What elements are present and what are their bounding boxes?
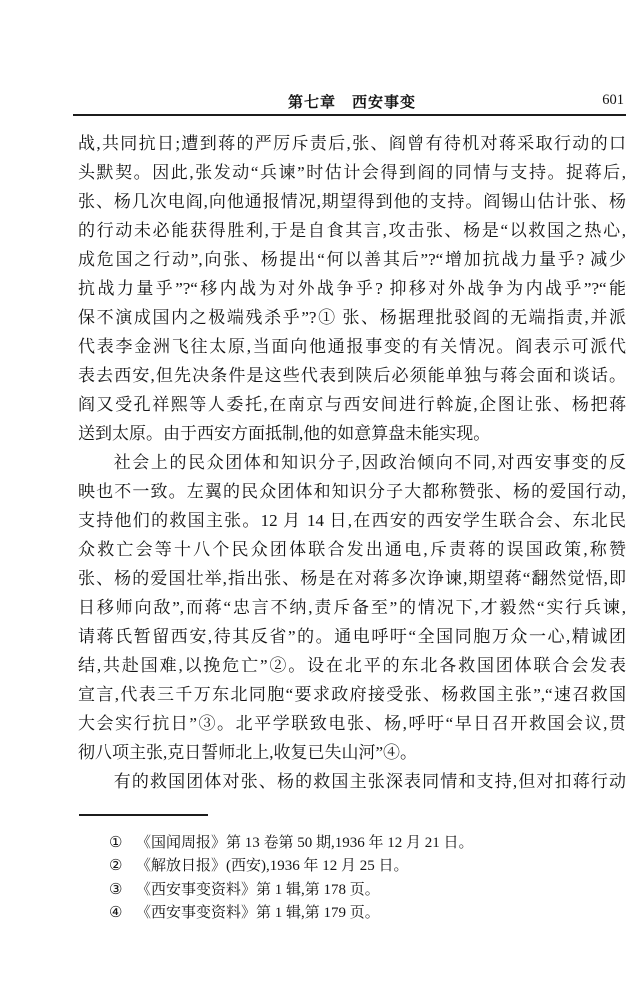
text-line: 宣言,代表三千万东北同胞“要求政府接受张、杨救国主张”,“速召救国 <box>78 680 626 709</box>
text-line: 日移师向敌”,而蒋“忠言不纳,责斥备至”的情况下,才毅然“实行兵谏, <box>78 593 626 622</box>
footnote-marker: ③ <box>109 879 136 902</box>
text-line-paragraph-end: 彻八项主张,克日誓师北上,收复已失山河”④。 <box>78 738 626 767</box>
header-rule <box>73 114 626 116</box>
page-number: 601 <box>602 92 624 109</box>
footnote-text: 《解放日报》(西安),1936 年 12 月 25 日。 <box>136 855 626 878</box>
text-line: 请蒋氏暂留西安,待其反省”的。通电呼吁“全国同胞万众一心,精诚团 <box>78 622 626 651</box>
footnote-marker: ② <box>109 855 136 878</box>
text-line: 映也不一致。左翼的民众团体和知识分子大都称赞张、杨的爱国行动, <box>78 477 626 506</box>
text-line-paragraph-start: 有的救国团体对张、杨的救国主张深表同情和支持,但对扣蒋行动 <box>78 767 626 796</box>
text-line: 张、杨几次电阎,向他通报情况,期望得到他的支持。阎锡山估计张、杨 <box>78 187 626 216</box>
text-line: 大会实行抗日”③。北平学联致电张、杨,呼吁“早日召开救国会议,贯 <box>78 709 626 738</box>
text-line: 战,共同抗日;遭到蒋的严厉斥责后,张、阎曾有待机对蒋采取行动的口 <box>78 129 626 158</box>
running-header: 第七章 西安事变 601 <box>78 91 626 113</box>
text-line: 保不演成国内之极端残杀乎”?① 张、杨据理批驳阎的无端指责,并派 <box>78 303 626 332</box>
text-line: 头默契。因此,张发动“兵谏”时估计会得到阎的同情与支持。捉蒋后, <box>78 158 626 187</box>
text-line: 阎又受孔祥熙等人委托,在南京与西安间进行斡旋,企图让张、杨把蒋 <box>78 390 626 419</box>
body-text: 战,共同抗日;遭到蒋的严厉斥责后,张、阎曾有待机对蒋采取行动的口 头默契。因此,… <box>78 129 626 796</box>
text-line: 众救亡会等十八个民众团体联合发出通电,斥责蒋的误国政策,称赞 <box>78 535 626 564</box>
text-line-paragraph-end: 送到太原。由于西安方面抵制,他的如意算盘未能实现。 <box>78 419 626 448</box>
text-line: 张、杨的爱国壮举,指出张、杨是在对蒋多次诤谏,期望蒋“翻然觉悟,即 <box>78 564 626 593</box>
book-page: 第七章 西安事变 601 战,共同抗日;遭到蒋的严厉斥责后,张、阎曾有待机对蒋采… <box>0 0 644 1000</box>
footnote-marker: ④ <box>109 902 136 925</box>
text-line-paragraph-start: 社会上的民众团体和知识分子,因政治倾向不同,对西安事变的反 <box>78 448 626 477</box>
text-line: 代表李金洲飞往太原,当面向他通报事变的有关情况。阎表示可派代 <box>78 332 626 361</box>
footnote: ④ 《西安事变资料》第 1 辑,第 179 页。 <box>78 902 626 925</box>
text-line: 的行动未必能获得胜利,于是自食其言,攻击张、杨是“以救国之热心, <box>78 216 626 245</box>
text-line: 抗战力量乎”?“移内战为对外战争乎? 抑移对外战争为内战乎”?“能 <box>78 274 626 303</box>
text-line: 表去西安,但先决条件是这些代表到陕后必须能单独与蒋会面和谈话。 <box>78 361 626 390</box>
footnote-text: 《西安事变资料》第 1 辑,第 178 页。 <box>136 879 626 902</box>
footnote-marker: ① <box>109 832 136 855</box>
chapter-title: 第七章 西安事变 <box>78 91 626 112</box>
text-line: 结,共赴国难,以挽危亡”②。设在北平的东北各救国团体联合会发表 <box>78 651 626 680</box>
footnote-text: 《西安事变资料》第 1 辑,第 179 页。 <box>136 902 626 925</box>
footnote-text: 《国闻周报》第 13 卷第 50 期,1936 年 12 月 21 日。 <box>136 832 626 855</box>
text-line: 支持他们的救国主张。12 月 14 日,在西安的西安学生联合会、东北民 <box>78 506 626 535</box>
footnote: ② 《解放日报》(西安),1936 年 12 月 25 日。 <box>78 855 626 878</box>
footnote: ① 《国闻周报》第 13 卷第 50 期,1936 年 12 月 21 日。 <box>78 832 626 855</box>
text-line: 成危国之行动”,向张、杨提出“何以善其后”?“增加抗战力量乎? 减少 <box>78 245 626 274</box>
footnote: ③ 《西安事变资料》第 1 辑,第 178 页。 <box>78 879 626 902</box>
footnotes: ① 《国闻周报》第 13 卷第 50 期,1936 年 12 月 21 日。 ②… <box>78 832 626 925</box>
footnote-separator <box>79 814 208 816</box>
